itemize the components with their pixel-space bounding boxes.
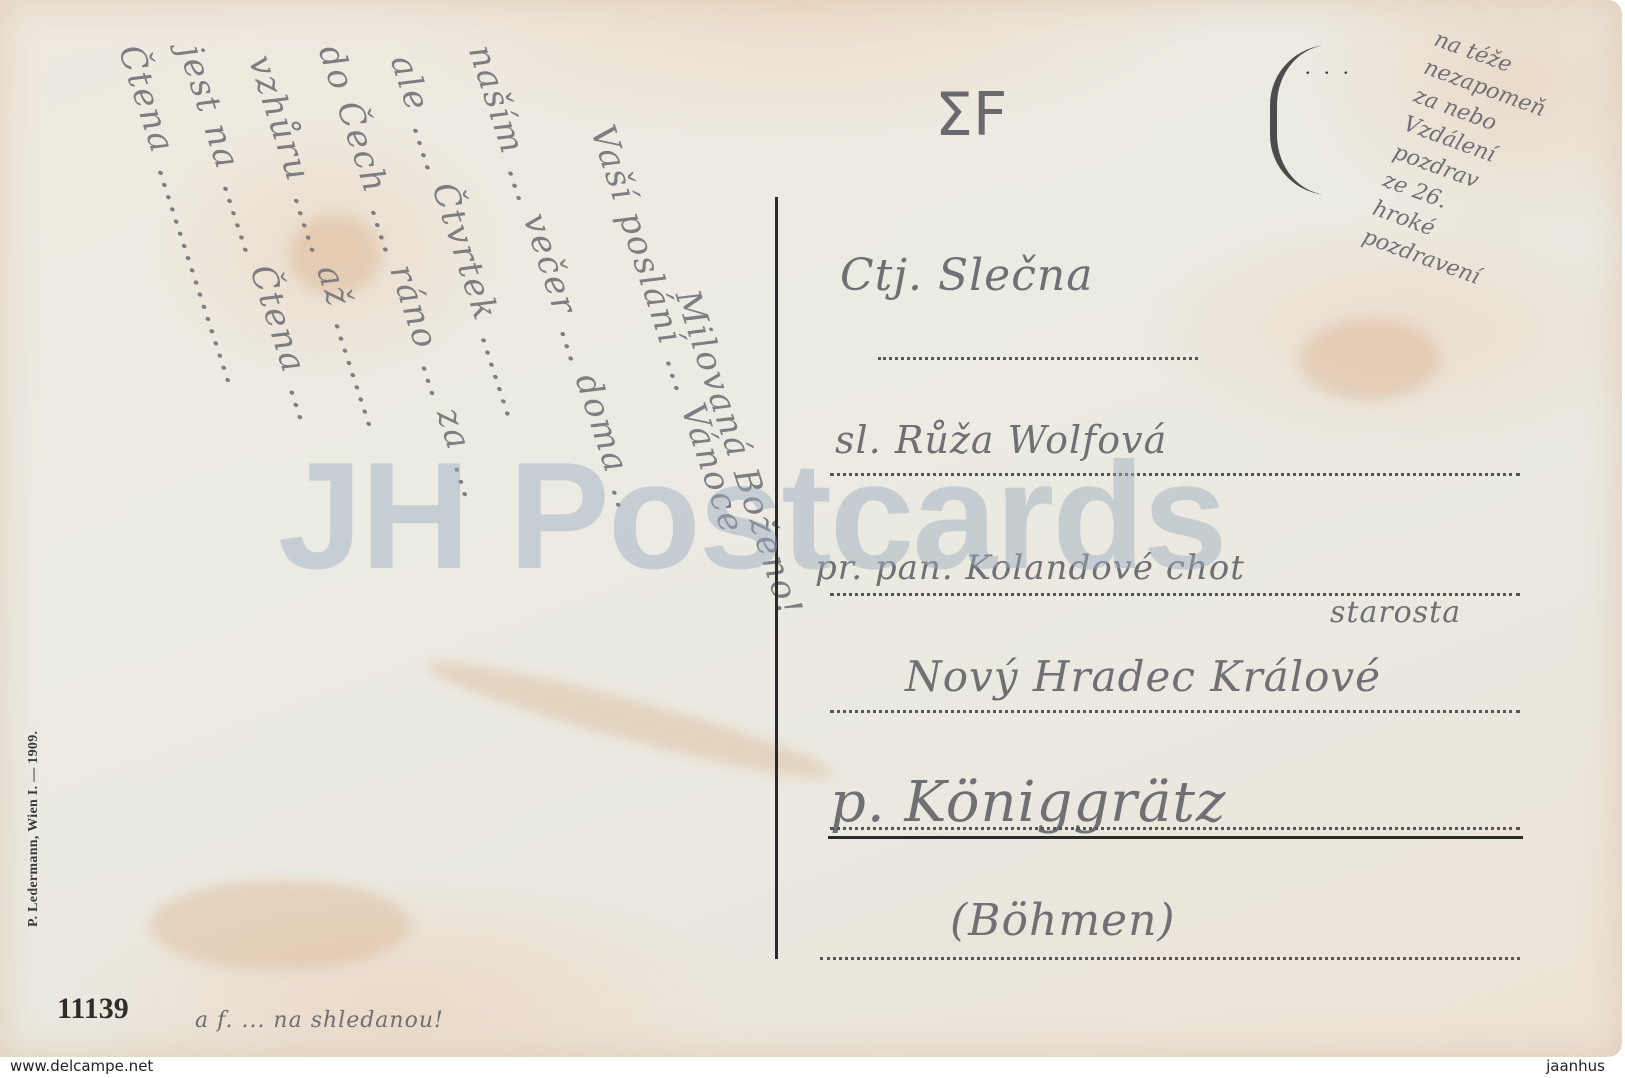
address-rule <box>820 957 1520 960</box>
serial-number: 11139 <box>57 992 129 1026</box>
image-source-bar: www.delcampe.net jaanhus <box>0 1057 1625 1078</box>
foxing-stain <box>150 880 410 970</box>
address-rule <box>878 357 1198 360</box>
message-closing: a f. ... na shledanou! <box>195 1008 444 1033</box>
address-line-3b: starosta <box>1330 595 1461 630</box>
corner-note: na téže nezapomeň za nebo Vzdálení pozdr… <box>1358 25 1611 313</box>
address-line-6: (Böhmen) <box>950 895 1176 946</box>
address-rule <box>830 827 1520 830</box>
address-rule <box>830 710 1520 713</box>
source-credit-left: www.delcampe.net <box>10 1057 153 1075</box>
address-line-1: Ctj. Slečna <box>840 250 1093 301</box>
address-line-4: Nový Hradec Králové <box>905 652 1381 701</box>
address-line-5: p. Königgrätz <box>830 770 1226 835</box>
postmark-text: ∙ ∙ ∙ <box>1305 60 1353 86</box>
pencil-mark: ΣF <box>935 80 1007 150</box>
foxing-stain <box>1300 320 1440 400</box>
postcard-back: P. Ledermann, Wien I. — 1909. 11139 Čten… <box>0 0 1622 1057</box>
watermark: JH Postcards <box>278 440 1226 592</box>
publisher-imprint: P. Ledermann, Wien I. — 1909. <box>26 731 42 927</box>
address-rule-solid <box>828 836 1523 839</box>
source-credit-right: jaanhus <box>1546 1057 1605 1075</box>
